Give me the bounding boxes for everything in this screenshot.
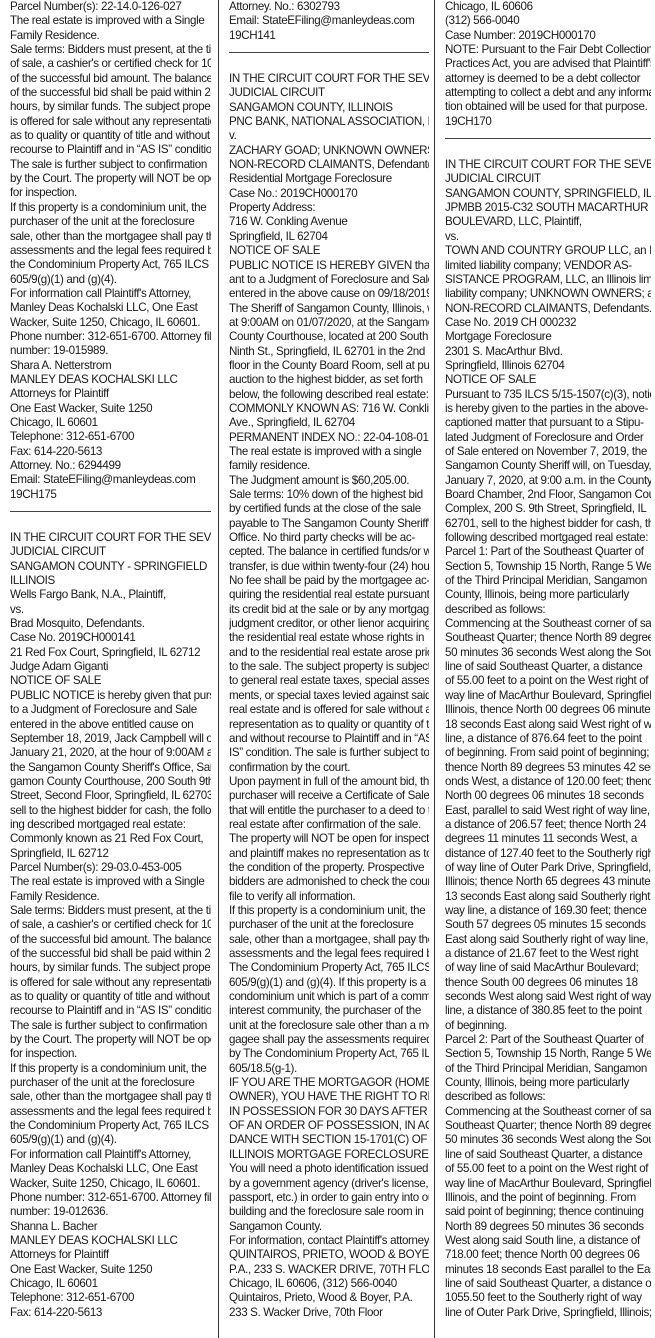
- legal-notice: Attorney. No.: 6302793Email: StateEFilin…: [229, 0, 429, 43]
- notice-line: 2301 S. MacArthur Blvd.: [445, 345, 651, 359]
- notice-line: The real estate is improved with a singl…: [229, 445, 429, 459]
- notice-line: ILLINOIS MORTGAGE FORECLOSURE LAW.: [229, 1148, 429, 1162]
- notice-line: Attorneys for Plaintiff: [10, 1248, 211, 1262]
- notice-line: Ave., Springfield, IL 62704: [229, 416, 429, 430]
- notice-line: Manley Deas Kochalski LLC, One East: [10, 1162, 211, 1176]
- notice-line: One East Wacker, Suite 1250: [10, 402, 211, 416]
- notice-line: and plaintiff makes no representation as…: [229, 847, 429, 861]
- notice-line: condominium unit which is part of a comm…: [229, 990, 429, 1004]
- notice-line: transfer, is due within twenty-four (24)…: [229, 560, 429, 574]
- notice-line: JUDICIAL CIRCUIT: [229, 86, 429, 100]
- notice-line: NOTICE OF SALE: [445, 373, 651, 387]
- legal-notice: Parcel Number(s): 22-14.0-126-027The rea…: [10, 0, 211, 502]
- notice-line: IN POSSESSION FOR 30 DAYS AFTER ENTRY: [229, 1105, 429, 1119]
- notice-line: East along said Southerly right of way l…: [445, 933, 651, 947]
- notice-line: liability company; UNKNOWN OWNERS; and: [445, 287, 651, 301]
- notice-line: Phone number: 312-651-6700. Attorney fil…: [10, 1191, 211, 1205]
- notice-line: judgment creditor, or other lienor acqui…: [229, 617, 429, 631]
- notice-line: Case No. 2019 CH 000232: [445, 316, 651, 330]
- notice-line: to general real estate taxes, special as…: [229, 674, 429, 688]
- notice-line: assessments and the legal fees required …: [10, 1105, 211, 1119]
- notice-line: SANGAMON COUNTY, ILLINOIS: [229, 101, 429, 115]
- notice-line: No fee shall be paid by the mortgagee ac…: [229, 574, 429, 588]
- column-3: Chicago, IL 60606(312) 566-0040Case Numb…: [445, 0, 651, 1338]
- notice-line: ments, or special taxes levied against s…: [229, 689, 429, 703]
- notice-line: hours, by similar funds. The subject pro…: [10, 100, 211, 114]
- notice-line: assessments and the legal fees required …: [229, 947, 429, 961]
- notice-line: Southeast Quarter; thence North 89 degre…: [445, 631, 651, 645]
- notice-line: of Sale entered on November 7, 2019, the: [445, 445, 651, 459]
- notice-line: Office. No third party checks will be ac…: [229, 531, 429, 545]
- notice-line: 605/9(g)(1) and (g)(4).: [10, 1133, 211, 1147]
- notice-line: Southeast Quarter; thence North 89 degre…: [445, 1119, 651, 1133]
- notice-line: minutes 18 seconds East parallel to the …: [445, 1263, 651, 1277]
- notice-line: September 18, 2019, Jack Campbell will o…: [10, 732, 211, 746]
- notice-line: COMMONLY KNOWN AS: 716 W. Conkling: [229, 402, 429, 416]
- notice-line: IN THE CIRCUIT COURT FOR THE SEVENTH: [445, 158, 651, 172]
- notice-line: The Judgment amount is $60,205.00.: [229, 474, 429, 488]
- notice-line: at 9:00AM on 01/07/2020, at the Sangamon: [229, 316, 429, 330]
- notice-line: The Condominium Property Act, 765 ILCS: [229, 961, 429, 975]
- notice-line: Attorneys for Plaintiff: [10, 387, 211, 401]
- notice-line: by the Court. The property will NOT be o…: [10, 1033, 211, 1047]
- notice-line: that will entitle the purchaser to a dee…: [229, 804, 429, 818]
- notice-line: NOTICE OF SALE: [229, 244, 429, 258]
- notice-line: a distance of 206.57 feet; thence North …: [445, 818, 651, 832]
- notice-line: of the successful bid amount. The balanc…: [10, 72, 211, 86]
- notice-line: 605/18.5(g-1).: [229, 1062, 429, 1076]
- notice-line: 18 seconds East along said West right of…: [445, 718, 651, 732]
- notice-line: and to the residential real estate arose…: [229, 646, 429, 660]
- notice-line: below, the following described real esta…: [229, 388, 429, 402]
- notice-line: The property will NOT be open for inspec…: [229, 832, 429, 846]
- notice-line: OF AN ORDER OF POSSESSION, IN ACCOR-: [229, 1119, 429, 1133]
- notice-line: Springfield, Illinois 62704: [445, 359, 651, 373]
- notice-line: the Sangamon County Sheriff's Office, Sa…: [10, 761, 211, 775]
- notice-line: Sale terms: Bidders must present, at the…: [10, 43, 211, 57]
- notice-line: Commencing at the Southeast corner of sa…: [445, 1105, 651, 1119]
- notice-line: the condition of the property. Prospecti…: [229, 861, 429, 875]
- legal-notices-page: Parcel Number(s): 22-14.0-126-027The rea…: [0, 0, 655, 1338]
- legal-notice: IN THE CIRCUIT COURT FOR THE SEVENTHJUDI…: [10, 531, 211, 1320]
- notice-line: 50 minutes 36 seconds West along the Sou…: [445, 1133, 651, 1147]
- notice-line: 716 W. Conkling Avenue: [229, 215, 429, 229]
- notice-line: file to verify all information.: [229, 890, 429, 904]
- notice-line: The real estate is improved with a Singl…: [10, 875, 211, 889]
- notice-line: confirmation by the court.: [229, 761, 429, 775]
- notice-line: SISTANCE PROGRAM, LLC, an Illinois limit…: [445, 273, 651, 287]
- notice-line: 19CH175: [10, 488, 211, 502]
- notice-line: NON-RECORD CLAIMANTS, Defendant(s).: [229, 158, 429, 172]
- notice-line: 19CH141: [229, 29, 429, 43]
- notice-line: Chicago, IL 60601: [10, 416, 211, 430]
- notice-line: vs.: [10, 603, 211, 617]
- notice-line: line, a distance of 380.85 feet to the p…: [445, 1004, 651, 1018]
- notice-line: PERMANENT INDEX NO.: 22-04-108-015: [229, 431, 429, 445]
- notice-line: Complex, 200 S. 9th Street, Springfield,…: [445, 502, 651, 516]
- column-rule-2: [434, 0, 435, 1338]
- notice-line: Chicago, IL 60601: [10, 1277, 211, 1291]
- notice-line: County, Illinois, being more particularl…: [445, 588, 651, 602]
- notice-line: as to quality or quantity of title and w…: [10, 129, 211, 143]
- notice-line: and without recourse to Plaintiff and in…: [229, 732, 429, 746]
- notice-line: of 55.00 feet to a point on the West rig…: [445, 674, 651, 688]
- notice-line: by certified funds at the close of the s…: [229, 502, 429, 516]
- notice-line: v.: [229, 129, 429, 143]
- notice-line: recourse to Plaintiff and in “AS IS” con…: [10, 143, 211, 157]
- notice-line: the residential real estate whose rights…: [229, 631, 429, 645]
- notice-line: number: 19-015989.: [10, 344, 211, 358]
- notice-line: Residential Mortgage Foreclosure: [229, 172, 429, 186]
- notice-line: following described mortgaged real estat…: [445, 531, 651, 545]
- notice-line: Parcel 1: Part of the Southeast Quarter …: [445, 545, 651, 559]
- notice-line: Property Address:: [229, 201, 429, 215]
- notice-line: Sangamon County.: [229, 1220, 429, 1234]
- notice-line: SANGAMON COUNTY, SPRINGFIELD, ILLINOIS: [445, 187, 651, 201]
- notice-line: MANLEY DEAS KOCHALSKI LLC: [10, 1234, 211, 1248]
- notice-line: is hereby given to the parties in the ab…: [445, 402, 651, 416]
- notice-line: Board Chamber, 2nd Floor, Sangamon Count…: [445, 488, 651, 502]
- notice-line: entered in the above cause on 09/18/2019…: [229, 287, 429, 301]
- notice-line: Springfield, IL 62712: [10, 847, 211, 861]
- notice-line: Street, Second Floor, Springfield, IL 62…: [10, 789, 211, 803]
- notice-line: is offered for sale without any represen…: [10, 115, 211, 129]
- notice-line: Pursuant to 735 ILCS 5/15-1507(c)(3), no…: [445, 388, 651, 402]
- notice-line: Attorney. No.: 6294499: [10, 459, 211, 473]
- notice-line: purchaser of the unit at the foreclosure: [10, 215, 211, 229]
- notice-line: unit at the foreclosure sale other than …: [229, 1019, 429, 1033]
- notice-line: purchaser of the unit at the foreclosure: [229, 918, 429, 932]
- notice-line: For information call Plaintiff's Attorne…: [10, 1148, 211, 1162]
- notice-line: Fax: 614-220-5613: [10, 1306, 211, 1320]
- notice-line: JUDICIAL CIRCUIT: [445, 172, 651, 186]
- notice-line: ing described mortgaged real estate:: [10, 818, 211, 832]
- notice-line: TOWN AND COUNTRY GROUP LLC, an Illinois: [445, 244, 651, 258]
- notice-line: of sale, a cashier's or certified check …: [10, 918, 211, 932]
- notice-line: line of said Southeast Quarter, a distan…: [445, 1277, 651, 1291]
- notice-line: The real estate is improved with a Singl…: [10, 14, 211, 28]
- notice-line: of the successful bid amount. The balanc…: [10, 933, 211, 947]
- notice-line: OWNER), YOU HAVE THE RIGHT TO REMAIN: [229, 1090, 429, 1104]
- notice-line: its credit bid at the sale or by any mor…: [229, 603, 429, 617]
- notice-line: to the sale. The subject property is sub…: [229, 660, 429, 674]
- notice-line: lated Judgment of Foreclosure and Order: [445, 431, 651, 445]
- notice-line: vs.: [445, 230, 651, 244]
- notice-line: to a Judgment of Foreclosure and Sale: [10, 703, 211, 717]
- notice-line: MANLEY DEAS KOCHALSKI LLC: [10, 373, 211, 387]
- notice-line: QUINTAIROS, PRIETO, WOOD & BOYER,: [229, 1248, 429, 1262]
- column-2: Attorney. No.: 6302793Email: StateEFilin…: [229, 0, 429, 1338]
- notice-line: Telephone: 312-651-6700: [10, 1291, 211, 1305]
- notice-line: Parcel Number(s): 29-03.0-453-005: [10, 861, 211, 875]
- notice-line: assessments and the legal fees required …: [10, 244, 211, 258]
- notice-line: the Condominium Property Act, 765 ILCS: [10, 1119, 211, 1133]
- notice-line: If this property is a condominium unit, …: [10, 1062, 211, 1076]
- notice-line: Wells Fargo Bank, N.A., Plaintiff,: [10, 588, 211, 602]
- notice-line: a distance of 21.67 feet to the West rig…: [445, 947, 651, 961]
- notice-line: IN THE CIRCUIT COURT FOR THE SEVENTH: [229, 72, 429, 86]
- notice-line: Illinois; thence North 65 degrees 43 min…: [445, 875, 651, 889]
- notice-line: interest community, the purchaser of the: [229, 1004, 429, 1018]
- notice-line: 233 S. Wacker Drive, 70th Floor: [229, 1306, 429, 1320]
- notice-line: North 00 degrees 06 minutes 18 seconds: [445, 789, 651, 803]
- notice-line: limited liability company; VENDOR AS-: [445, 259, 651, 273]
- notice-line: passport, etc.) in order to gain entry i…: [229, 1191, 429, 1205]
- column-1: Parcel Number(s): 22-14.0-126-027The rea…: [10, 0, 211, 1338]
- notice-line: JUDICIAL CIRCUIT: [10, 545, 211, 559]
- notice-line: Family Residence.: [10, 890, 211, 904]
- notice-line: Wacker, Suite 1250, Chicago, IL 60601.: [10, 316, 211, 330]
- notice-line: 1055.50 feet to the Southerly right of w…: [445, 1291, 651, 1305]
- notice-line: attempting to collect a debt and any inf…: [445, 86, 651, 100]
- notice-divider: [10, 511, 211, 512]
- notice-line: Phone number: 312-651-6700. Attorney fil…: [10, 330, 211, 344]
- notice-line: Chicago, IL 60606: [445, 0, 651, 14]
- notice-line: East, parallel to said West right of way…: [445, 804, 651, 818]
- notice-line: Manley Deas Kochalski LLC, One East: [10, 301, 211, 315]
- notice-line: number: 19-012636.: [10, 1205, 211, 1219]
- notice-line: of sale, a cashier's or certified check …: [10, 57, 211, 71]
- notice-line: JPMBB 2015-C32 SOUTH MACARTHUR: [445, 201, 651, 215]
- notice-line: If this property is a condominium unit, …: [229, 904, 429, 918]
- notice-line: NOTICE OF SALE: [10, 674, 211, 688]
- notice-line: purchaser will receive a Certificate of …: [229, 789, 429, 803]
- notice-line: Fax: 614-220-5613: [10, 445, 211, 459]
- notice-line: for inspection.: [10, 186, 211, 200]
- notice-line: of the successful bid shall be paid with…: [10, 86, 211, 100]
- notice-line: recourse to Plaintiff and in “AS IS” con…: [10, 1004, 211, 1018]
- notice-line: line, a distance of 876.64 feet to the p…: [445, 732, 651, 746]
- notice-line: The sale is further subject to confirmat…: [10, 1019, 211, 1033]
- notice-line: DANCE WITH SECTION 15-1701(C) OF THE: [229, 1133, 429, 1147]
- notice-divider: [445, 138, 651, 139]
- notice-line: the Condominium Property Act, 765 ILCS: [10, 258, 211, 272]
- notice-line: real estate and is offered for sale with…: [229, 703, 429, 717]
- notice-line: bidders are admonished to check the cour…: [229, 875, 429, 889]
- notice-line: Shara A. Netterstrom: [10, 359, 211, 373]
- notice-line: Sale terms: Bidders must present, at the…: [10, 904, 211, 918]
- notice-line: Chicago, IL 60606, (312) 566-0040: [229, 1277, 429, 1291]
- notice-line: by The Condominium Property Act, 765 ILC…: [229, 1047, 429, 1061]
- notice-line: Commencing at the Southeast corner of sa…: [445, 617, 651, 631]
- notice-line: 62701, sell to the highest bidder for ca…: [445, 517, 651, 531]
- notice-line: sale, other than a mortgagee, shall pay …: [229, 933, 429, 947]
- notice-line: family residence.: [229, 459, 429, 473]
- legal-notice: IN THE CIRCUIT COURT FOR THE SEVENTHJUDI…: [229, 72, 429, 1320]
- notice-line: For information call Plaintiff's Attorne…: [10, 287, 211, 301]
- notice-line: degrees 11 minutes 11 seconds West, a: [445, 832, 651, 846]
- notice-line: Case No.: 2019CH000170: [229, 187, 429, 201]
- notice-line: North 89 degrees 50 minutes 36 seconds: [445, 1220, 651, 1234]
- notice-line: Email: StateEFiling@manleydeas.com: [10, 473, 211, 487]
- notice-line: P.A., 233 S. WACKER DRIVE, 70TH FLOOR,: [229, 1263, 429, 1277]
- notice-line: way line of MacArthur Boulevard, Springf…: [445, 689, 651, 703]
- notice-line: as to quality or quantity of title and w…: [10, 990, 211, 1004]
- notice-line: Ninth St., Springfield, IL 62701 in the …: [229, 345, 429, 359]
- notice-line: Practices Act, you are advised that Plai…: [445, 57, 651, 71]
- notice-line: NOTE: Pursuant to the Fair Debt Collecti…: [445, 43, 651, 57]
- notice-line: PUBLIC NOTICE IS HEREBY GIVEN that pursu…: [229, 259, 429, 273]
- notice-line: of 55.00 feet to a point on the West rig…: [445, 1162, 651, 1176]
- notice-line: 21 Red Fox Court, Springfield, IL 62712: [10, 646, 211, 660]
- notice-line: thence North 89 degrees 53 minutes 42 se…: [445, 761, 651, 775]
- notice-line: tion obtained will be used for that purp…: [445, 100, 651, 114]
- notice-line: of the Third Principal Meridian, Sangamo…: [445, 574, 651, 588]
- notice-line: payable to The Sangamon County Sheriff's: [229, 517, 429, 531]
- notice-line: NON-RECORD CLAIMANTS, Defendants.: [445, 302, 651, 316]
- notice-line: Attorney. No.: 6302793: [229, 0, 429, 14]
- notice-line: January 7, 2020, at 9:00 a.m. in the Cou…: [445, 474, 651, 488]
- notice-line: cepted. The balance in certified funds/o…: [229, 545, 429, 559]
- notice-line: gagee shall pay the assessments required: [229, 1033, 429, 1047]
- notice-line: Telephone: 312-651-6700: [10, 430, 211, 444]
- notice-line: Family Residence.: [10, 29, 211, 43]
- notice-line: The sale is further subject to confirmat…: [10, 158, 211, 172]
- notice-line: quiring the residential real estate purs…: [229, 588, 429, 602]
- notice-line: West along said South line, a distance o…: [445, 1234, 651, 1248]
- notice-line: hours, by similar funds. The subject pro…: [10, 961, 211, 975]
- notice-line: sell to the highest bidder for cash, the…: [10, 804, 211, 818]
- notice-line: Quintairos, Prieto, Wood & Boyer, P.A.: [229, 1291, 429, 1305]
- notice-line: Case No. 2019CH000141: [10, 631, 211, 645]
- legal-notice: IN THE CIRCUIT COURT FOR THE SEVENTHJUDI…: [445, 158, 651, 1320]
- notice-line: IN THE CIRCUIT COURT FOR THE SEVENTH: [10, 531, 211, 545]
- notice-line: SANGAMON COUNTY - SPRINGFIELD: [10, 560, 211, 574]
- notice-divider: [229, 52, 429, 53]
- notice-line: 718.00 feet; thence North 00 degrees 06: [445, 1248, 651, 1262]
- notice-line: of beginning. From said point of beginni…: [445, 746, 651, 760]
- notice-line: Springfield, IL 62704: [229, 230, 429, 244]
- notice-line: PNC BANK, NATIONAL ASSOCIATION, Plaintif…: [229, 115, 429, 129]
- notice-line: Email: StateEFiling@manleydeas.com: [229, 14, 429, 28]
- notice-line: sale, other than the mortgagee shall pay…: [10, 230, 211, 244]
- notice-line: line of said Southeast Quarter, a distan…: [445, 660, 651, 674]
- notice-line: thence South 00 degrees 06 minutes 18: [445, 976, 651, 990]
- notice-line: Shanna L. Bacher: [10, 1220, 211, 1234]
- notice-line: captioned matter that pursuant to a Stip…: [445, 416, 651, 430]
- notice-line: Sale terms: 10% down of the highest bid: [229, 488, 429, 502]
- notice-line: Commonly known as 21 Red Fox Court,: [10, 832, 211, 846]
- notice-line: Wacker, Suite 1250, Chicago, IL 60601.: [10, 1177, 211, 1191]
- notice-line: onds West, a distance of 120.00 feet; th…: [445, 775, 651, 789]
- notice-line: Parcel Number(s): 22-14.0-126-027: [10, 0, 211, 14]
- notice-line: IS” condition. The sale is further subje…: [229, 746, 429, 760]
- notice-line: representation as to quality or quantity…: [229, 718, 429, 732]
- notice-line: County, Illinois, being more particularl…: [445, 1076, 651, 1090]
- notice-line: ILLINOIS: [10, 574, 211, 588]
- notice-line: distance of 127.40 feet to the Southerly…: [445, 847, 651, 861]
- notice-line: way line, a distance of 169.30 feet; the…: [445, 904, 651, 918]
- notice-line: The Sheriff of Sangamon County, Illinois…: [229, 302, 429, 316]
- notice-line: Parcel 2: Part of the Southeast Quarter …: [445, 1033, 651, 1047]
- notice-line: County Courthouse, located at 200 South: [229, 330, 429, 344]
- notice-line: For information, contact Plaintiff's att…: [229, 1234, 429, 1248]
- notice-line: Judge Adam Giganti: [10, 660, 211, 674]
- notice-line: One East Wacker, Suite 1250: [10, 1263, 211, 1277]
- notice-line: Upon payment in full of the amount bid, …: [229, 775, 429, 789]
- notice-line: (312) 566-0040: [445, 14, 651, 28]
- notice-line: ZACHARY GOAD; UNKNOWN OWNERS; AND: [229, 144, 429, 158]
- notice-line: 605/9(g)(1) and (g)(4). If this property…: [229, 976, 429, 990]
- notice-line: You will need a photo identification iss…: [229, 1162, 429, 1176]
- notice-line: by the Court. The property will NOT be o…: [10, 172, 211, 186]
- legal-notice: Chicago, IL 60606(312) 566-0040Case Numb…: [445, 0, 651, 129]
- notice-line: If this property is a condominium unit, …: [10, 201, 211, 215]
- notice-line: BOULEVARD, LLC, Plaintiff,: [445, 215, 651, 229]
- notice-line: Case Number: 2019CH000170: [445, 29, 651, 43]
- notice-line: of beginning.: [445, 1019, 651, 1033]
- notice-line: line of said Southeast Quarter, a distan…: [445, 1148, 651, 1162]
- notice-line: sale, other than the mortgagee shall pay…: [10, 1090, 211, 1104]
- notice-line: January 21, 2020, at the hour of 9:00AM …: [10, 746, 211, 760]
- notice-line: gamon County Courthouse, 200 South 9th: [10, 775, 211, 789]
- notice-line: Sangamon County Sheriff will, on Tuesday…: [445, 459, 651, 473]
- notice-line: South 57 degrees 05 minutes 15 seconds: [445, 918, 651, 932]
- column-rule-1: [218, 0, 219, 1338]
- notice-line: said point of beginning; thence continui…: [445, 1205, 651, 1219]
- notice-line: is offered for sale without any represen…: [10, 976, 211, 990]
- notice-line: of way line of Outer Park Drive, Springf…: [445, 861, 651, 875]
- notice-line: PUBLIC NOTICE is hereby given that pursu…: [10, 689, 211, 703]
- notice-line: 50 minutes 36 seconds West along the Sou…: [445, 646, 651, 660]
- notice-line: of the successful bid shall be paid with…: [10, 947, 211, 961]
- notice-line: Illinois, thence North 00 degrees 06 min…: [445, 703, 651, 717]
- notice-line: described as follows:: [445, 1090, 651, 1104]
- notice-line: IF YOU ARE THE MORTGAGOR (HOME-: [229, 1076, 429, 1090]
- notice-line: of the Third Principal Meridian, Sangamo…: [445, 1062, 651, 1076]
- notice-line: Section 5, Township 15 North, Range 5 We…: [445, 560, 651, 574]
- notice-line: auction to the highest bidder, as set fo…: [229, 373, 429, 387]
- notice-line: real estate after confirmation of the sa…: [229, 818, 429, 832]
- notice-line: Brad Mosquito, Defendants.: [10, 617, 211, 631]
- notice-line: of way line of said MacArthur Boulevard;: [445, 961, 651, 975]
- notice-line: way line of MacArthur Boulevard, Springf…: [445, 1177, 651, 1191]
- notice-line: Section 5, Township 15 North, Range 5 We…: [445, 1047, 651, 1061]
- notice-line: purchaser of the unit at the foreclosure: [10, 1076, 211, 1090]
- notice-line: Illinois, and the point of beginning. Fr…: [445, 1191, 651, 1205]
- notice-line: ant to a Judgment of Foreclosure and Sal…: [229, 273, 429, 287]
- notice-line: 605/9(g)(1) and (g)(4).: [10, 273, 211, 287]
- notice-line: floor in the County Board Room, sell at …: [229, 359, 429, 373]
- notice-line: seconds West along said West right of wa…: [445, 990, 651, 1004]
- notice-line: building and the foreclosure sale room i…: [229, 1205, 429, 1219]
- notice-line: attorney is deemed to be a debt collecto…: [445, 72, 651, 86]
- notice-line: 13 seconds East along said Southerly rig…: [445, 890, 651, 904]
- notice-line: described as follows:: [445, 603, 651, 617]
- notice-line: for inspection.: [10, 1047, 211, 1061]
- notice-line: 19CH170: [445, 115, 651, 129]
- notice-line: entered in the above entitled cause on: [10, 718, 211, 732]
- notice-line: by a government agency (driver's license…: [229, 1177, 429, 1191]
- notice-line: line of Outer Park Drive, Springfield, I…: [445, 1306, 651, 1320]
- notice-line: Mortgage Foreclosure: [445, 330, 651, 344]
